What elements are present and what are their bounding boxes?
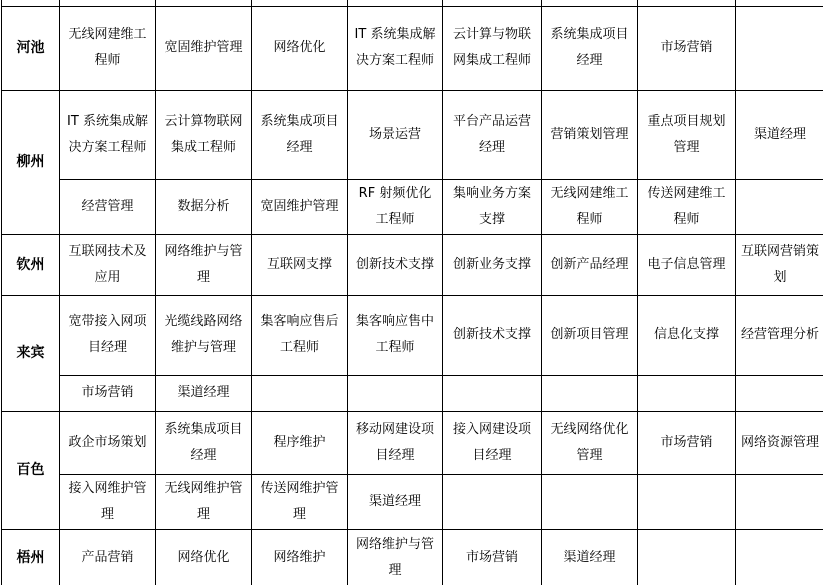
position-cell — [252, 375, 348, 411]
table-row: 百色政企市场策划系统集成项目经理程序维护移动网建设项目经理接入网建设项目经理无线… — [2, 411, 823, 474]
position-cell: 网络优化 — [252, 6, 348, 90]
position-cell — [736, 529, 823, 585]
position-cell — [542, 375, 638, 411]
position-cell: 重点项目规划管理 — [638, 90, 736, 179]
position-cell: 平台产品运营经理 — [443, 90, 542, 179]
table-body: 河池无线网建维工程师宽固维护管理网络优化IT 系统集成解决方案工程师云计算与物联… — [2, 0, 823, 585]
position-cell: 创新产品经理 — [542, 234, 638, 295]
position-cell: 渠道经理 — [542, 529, 638, 585]
position-cell — [736, 6, 823, 90]
position-cell: 系统集成项目经理 — [542, 6, 638, 90]
position-cell — [638, 474, 736, 529]
position-cell: 政企市场策划 — [60, 411, 156, 474]
position-cell: 无线网络优化管理 — [542, 411, 638, 474]
position-cell: IT 系统集成解决方案工程师 — [60, 90, 156, 179]
position-cell: 创新业务支撑 — [443, 234, 542, 295]
position-cell: 传送网维护管理 — [252, 474, 348, 529]
position-cell: 创新技术支撑 — [443, 295, 542, 375]
position-cell: 传送网建维工程师 — [638, 179, 736, 234]
position-cell — [736, 474, 823, 529]
city-cell: 柳州 — [2, 90, 60, 234]
position-cell: 电子信息管理 — [638, 234, 736, 295]
position-cell: 营销策划管理 — [542, 90, 638, 179]
city-cell: 百色 — [2, 411, 60, 529]
position-cell: 程序维护 — [252, 411, 348, 474]
position-cell: 接入网维护管理 — [60, 474, 156, 529]
position-cell: 互联网营销策划 — [736, 234, 823, 295]
position-cell: 市场营销 — [443, 529, 542, 585]
position-cell: 经营管理 — [60, 179, 156, 234]
position-cell: 集客响应售后工程师 — [252, 295, 348, 375]
position-cell: 集客响应售中工程师 — [348, 295, 443, 375]
position-cell: RF 射频优化工程师 — [348, 179, 443, 234]
position-cell: 云计算与物联网集成工程师 — [443, 6, 542, 90]
position-cell: 网络维护与管理 — [156, 234, 252, 295]
position-cell — [443, 474, 542, 529]
table-row: 来宾宽带接入网项目经理光缆线路网络维护与管理集客响应售后工程师集客响应售中工程师… — [2, 295, 823, 375]
position-cell: 信息化支撑 — [638, 295, 736, 375]
position-cell — [348, 375, 443, 411]
position-cell: 互联网技术及应用 — [60, 234, 156, 295]
position-cell: 宽固维护管理 — [252, 179, 348, 234]
position-cell — [638, 375, 736, 411]
position-cell: 渠道经理 — [736, 90, 823, 179]
city-cell: 河池 — [2, 6, 60, 90]
position-cell — [638, 529, 736, 585]
position-cell: IT 系统集成解决方案工程师 — [348, 6, 443, 90]
city-cell: 钦州 — [2, 234, 60, 295]
position-cell: 无线网建维工程师 — [60, 6, 156, 90]
table-row: 市场营销渠道经理 — [2, 375, 823, 411]
table-row: 河池无线网建维工程师宽固维护管理网络优化IT 系统集成解决方案工程师云计算与物联… — [2, 6, 823, 90]
position-cell: 无线网建维工程师 — [542, 179, 638, 234]
position-cell: 网络优化 — [156, 529, 252, 585]
position-cell: 创新技术支撑 — [348, 234, 443, 295]
position-cell — [736, 179, 823, 234]
table-row: 柳州IT 系统集成解决方案工程师云计算物联网集成工程师系统集成项目经理场景运营平… — [2, 90, 823, 179]
position-cell: 宽固维护管理 — [156, 6, 252, 90]
position-cell: 市场营销 — [638, 411, 736, 474]
position-cell: 市场营销 — [60, 375, 156, 411]
position-cell: 移动网建设项目经理 — [348, 411, 443, 474]
position-cell: 场景运营 — [348, 90, 443, 179]
position-cell: 数据分析 — [156, 179, 252, 234]
position-cell: 渠道经理 — [348, 474, 443, 529]
position-cell: 市场营销 — [638, 6, 736, 90]
positions-table: 河池无线网建维工程师宽固维护管理网络优化IT 系统集成解决方案工程师云计算与物联… — [1, 0, 823, 585]
position-cell — [443, 375, 542, 411]
city-cell: 梧州 — [2, 529, 60, 585]
position-cell: 集响业务方案支撑 — [443, 179, 542, 234]
position-cell: 网络维护与管理 — [348, 529, 443, 585]
position-cell: 系统集成项目经理 — [252, 90, 348, 179]
position-cell — [542, 474, 638, 529]
position-cell — [736, 375, 823, 411]
document-page: 河池无线网建维工程师宽固维护管理网络优化IT 系统集成解决方案工程师云计算与物联… — [0, 0, 823, 585]
position-cell: 渠道经理 — [156, 375, 252, 411]
table-row: 钦州互联网技术及应用网络维护与管理互联网支撑创新技术支撑创新业务支撑创新产品经理… — [2, 234, 823, 295]
table-row: 经营管理数据分析宽固维护管理RF 射频优化工程师集响业务方案支撑无线网建维工程师… — [2, 179, 823, 234]
position-cell: 网络资源管理 — [736, 411, 823, 474]
position-cell: 创新项目管理 — [542, 295, 638, 375]
position-cell: 经营管理分析 — [736, 295, 823, 375]
position-cell: 宽带接入网项目经理 — [60, 295, 156, 375]
position-cell: 网络维护 — [252, 529, 348, 585]
city-cell: 来宾 — [2, 295, 60, 411]
position-cell: 产品营销 — [60, 529, 156, 585]
position-cell: 接入网建设项目经理 — [443, 411, 542, 474]
position-cell: 光缆线路网络维护与管理 — [156, 295, 252, 375]
position-cell: 系统集成项目经理 — [156, 411, 252, 474]
position-cell: 无线网维护管理 — [156, 474, 252, 529]
position-cell: 互联网支撑 — [252, 234, 348, 295]
position-cell: 云计算物联网集成工程师 — [156, 90, 252, 179]
table-row: 梧州产品营销网络优化网络维护网络维护与管理市场营销渠道经理 — [2, 529, 823, 585]
table-row: 接入网维护管理无线网维护管理传送网维护管理渠道经理 — [2, 474, 823, 529]
